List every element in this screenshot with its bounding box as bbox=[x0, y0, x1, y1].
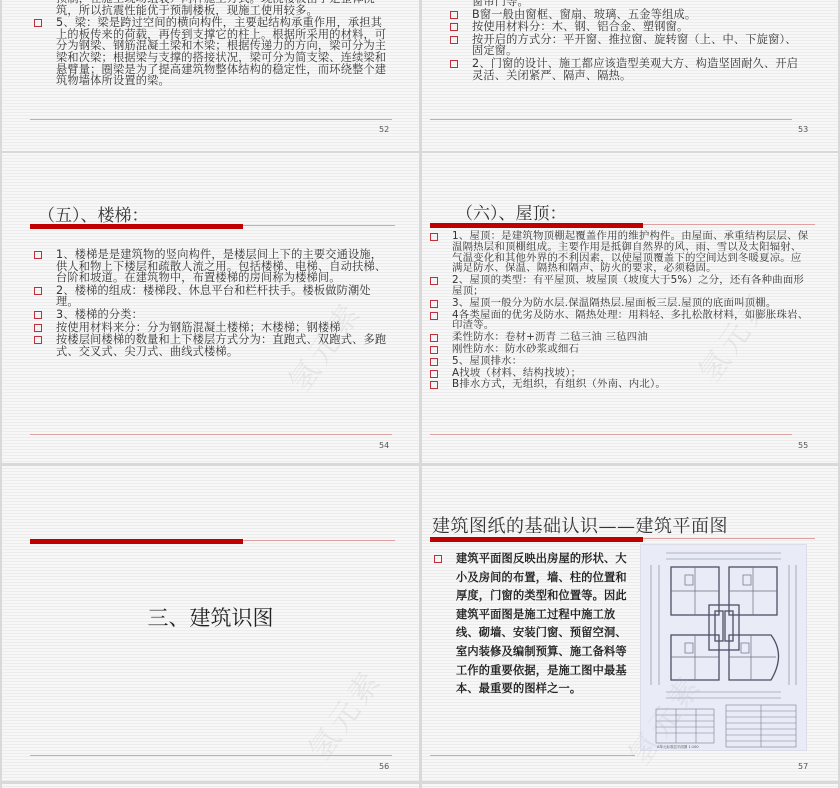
bullet-square-icon bbox=[450, 36, 458, 44]
title-rule bbox=[643, 538, 815, 539]
footer-divider bbox=[30, 119, 392, 120]
bullet-item: 按使用材料分：木、钢、铝合金、塑钢窗。 bbox=[450, 21, 802, 33]
bullet-square-icon bbox=[430, 381, 438, 389]
slide-57[interactable]: 建筑图纸的基础认识——建筑平面图 建筑平面图反映出房屋的形状、大小及房间的布置，… bbox=[422, 466, 838, 781]
title-accent-bar bbox=[30, 539, 243, 544]
page-number: 54 bbox=[379, 441, 389, 450]
bullet-text: B窗一般由窗框、窗扇、玻璃、五金等组成。 bbox=[472, 8, 696, 21]
bullet-item: 5、梁：梁是跨过空间的横向构件，主要起结构承重作用，承担其上的板传来的荷载，再传… bbox=[34, 17, 390, 87]
bullet-square-icon bbox=[34, 251, 42, 259]
slide-56[interactable]: 三、建筑识图 氢元素 56 bbox=[2, 466, 419, 781]
bullet-item: 5、屋顶排水： bbox=[430, 356, 810, 367]
footer-divider bbox=[430, 119, 792, 120]
bullet-text: 2、楼梯的组成：楼梯段、休息平台和栏杆扶手。楼板做防潮处理。 bbox=[56, 284, 371, 309]
bullet-item: B排水方式，无组织，有组织（外南、内北）。 bbox=[430, 379, 810, 390]
bullet-item: 3、屋顶一般分为防水层.保温隔热层.屋面板三层.屋顶的底面叫顶棚。 bbox=[430, 298, 810, 309]
bullet-item: 按楼层间楼梯的数量和上下楼层方式分为：直跑式、双跑式、多跑式、交叉式、尖刀式、曲… bbox=[34, 334, 390, 357]
title-rule bbox=[243, 225, 395, 226]
bullet-text: 按使用材料分：木、钢、铝合金、塑钢窗。 bbox=[472, 20, 688, 33]
footer-divider bbox=[30, 755, 392, 756]
slide-58-partial[interactable] bbox=[2, 784, 419, 788]
bullet-square-icon bbox=[430, 300, 438, 308]
bullet-square-icon bbox=[34, 324, 42, 332]
bullet-square-icon bbox=[34, 19, 42, 27]
page-number: 57 bbox=[798, 762, 808, 771]
footer-divider bbox=[30, 434, 392, 435]
bullet-square-icon bbox=[34, 287, 42, 295]
bullet-text: 柔性防水：卷材+沥青 二毡三油 三毡四油 bbox=[452, 331, 648, 343]
bullet-square-icon bbox=[430, 358, 438, 366]
slide-52[interactable]: 预制，在施工现场组装）两种施工方式。现浇楼板由于是整体浇筑，所以抗震性能优于预制… bbox=[2, 0, 419, 151]
bullet-item: 3、楼梯的分类： bbox=[34, 309, 390, 321]
bullet-text: 2、门窗的设计、施工都应该造型美观大方、构造坚固耐久、开启灵活、关闭紧严、隔声、… bbox=[472, 57, 798, 82]
bullet-square-icon bbox=[430, 277, 438, 285]
title-rule bbox=[243, 540, 395, 541]
bullet-item: A找坡（材料、结构找坡）； bbox=[430, 368, 810, 379]
bullet-text: 5、屋顶排水： bbox=[452, 355, 522, 367]
slide-title: （五）、楼梯： bbox=[38, 201, 149, 226]
page-number: 55 bbox=[798, 441, 808, 450]
bullet-square-icon bbox=[434, 555, 442, 563]
bullet-text: 刚性防水：防水砂浆或细石 bbox=[452, 343, 579, 355]
slide-53[interactable]: 窗帘门等。 B窗一般由窗框、窗扇、玻璃、五金等组成。 按使用材料分：木、钢、铝合… bbox=[422, 0, 838, 151]
bullet-item: 4各类屋面的优劣及防水、隔热处理：用料轻、多扎松散材料，如膨胀珠岩、印渣等。 bbox=[430, 310, 810, 332]
title-rule bbox=[643, 224, 815, 225]
bullet-text: 按开启的方式分：平开窗、推拉窗、旋转窗（上、中、下旋窗）、固定窗。 bbox=[472, 33, 797, 58]
floor-plan-image: A单元标准层平面图 1:100 bbox=[640, 544, 807, 751]
slide-54[interactable]: （五）、楼梯： 1、楼梯是是建筑物的竖向构件，是楼层间上下的主要交通设施，供人和… bbox=[2, 153, 419, 463]
bullet-square-icon bbox=[430, 334, 438, 342]
title-accent-bar bbox=[30, 224, 243, 229]
slide-title: 建筑图纸的基础认识——建筑平面图 bbox=[432, 512, 728, 538]
bullet-text: 3、屋顶一般分为防水层.保温隔热层.屋面板三层.屋顶的底面叫顶棚。 bbox=[452, 297, 776, 309]
bullet-text: 预制，在施工现场组装）两种施工方式。现浇楼板由于是整体浇筑，所以抗震性能优于预制… bbox=[56, 0, 375, 17]
bullet-square-icon bbox=[430, 370, 438, 378]
bullet-list: 窗帘门等。 B窗一般由窗框、窗扇、玻璃、五金等组成。 按使用材料分：木、钢、铝合… bbox=[450, 0, 802, 82]
bullet-text: 按使用材料来分：分为钢筋混凝土楼梯；木楼梯；钢楼梯 bbox=[56, 321, 341, 334]
bullet-text: 2、屋顶的类型：有平屋顶、坡屋顶（坡度大于5%）之分，还有各种曲面形屋顶； bbox=[452, 274, 804, 297]
footer-divider bbox=[430, 434, 792, 435]
bullet-item: 1、楼梯是是建筑物的竖向构件，是楼层间上下的主要交通设施，供人和物上下楼层和疏散… bbox=[34, 249, 390, 284]
footer-divider bbox=[430, 755, 635, 756]
bullet-item: 柔性防水：卷材+沥青 二毡三油 三毡四油 bbox=[430, 332, 810, 343]
bullet-text: 按楼层间楼梯的数量和上下楼层方式分为：直跑式、双跑式、多跑式、交叉式、尖刀式、曲… bbox=[56, 333, 386, 358]
bullet-list: 1、楼梯是是建筑物的竖向构件，是楼层间上下的主要交通设施，供人和物上下楼层和疏散… bbox=[34, 249, 390, 358]
bullet-text: 1、屋顶：是建筑物顶棚起覆盖作用的维护构件。由屋面、承重结构层层、保温隔热层和顶… bbox=[452, 230, 808, 274]
bullet-item: 按开启的方式分：平开窗、推拉窗、旋转窗（上、中、下旋窗）、固定窗。 bbox=[450, 34, 802, 57]
page-number: 56 bbox=[379, 762, 389, 771]
page-number: 53 bbox=[798, 125, 808, 134]
bullet-continuation: 窗帘门等。 bbox=[450, 0, 802, 8]
bullet-square-icon bbox=[450, 11, 458, 19]
floor-plan-drawing: A单元标准层平面图 1:100 bbox=[641, 545, 806, 750]
bullet-text: A找坡（材料、结构找坡）； bbox=[452, 367, 581, 379]
bullet-item: B窗一般由窗框、窗扇、玻璃、五金等组成。 bbox=[450, 9, 802, 21]
bullet-text: 5、梁：梁是跨过空间的横向构件，主要起结构承重作用，承担其上的板传来的荷载，再传… bbox=[56, 16, 386, 87]
bullet-item: 刚性防水：防水砂浆或细石 bbox=[430, 344, 810, 355]
bullet-item: 2、屋顶的类型：有平屋顶、坡屋顶（坡度大于5%）之分，还有各种曲面形屋顶； bbox=[430, 275, 810, 297]
bullet-text: B排水方式，无组织，有组织（外南、内北）。 bbox=[452, 378, 666, 390]
bullet-square-icon bbox=[34, 336, 42, 344]
section-title: 三、建筑识图 bbox=[2, 602, 419, 632]
page-number: 52 bbox=[379, 125, 389, 134]
bullet-item: 2、楼梯的组成：楼梯段、休息平台和栏杆扶手。楼板做防潮处理。 bbox=[34, 285, 390, 308]
bullet-item: 建筑平面图反映出房屋的形状、大小及房间的布置，墙、柱的位置和厚度，门窗的类型和位… bbox=[434, 550, 630, 699]
bullet-item: 1、屋顶：是建筑物顶棚起覆盖作用的维护构件。由屋面、承重结构层层、保温隔热层和顶… bbox=[430, 231, 810, 274]
title-accent-bar bbox=[430, 223, 643, 228]
bullet-square-icon bbox=[34, 311, 42, 319]
bullet-square-icon bbox=[430, 312, 438, 320]
bullet-continuation: 预制，在施工现场组装）两种施工方式。现浇楼板由于是整体浇筑，所以抗震性能优于预制… bbox=[34, 0, 390, 16]
bullet-item: 按使用材料来分：分为钢筋混凝土楼梯；木楼梯；钢楼梯 bbox=[34, 322, 390, 334]
bullet-text: 建筑平面图反映出房屋的形状、大小及房间的布置，墙、柱的位置和厚度，门窗的类型和位… bbox=[456, 552, 627, 695]
floor-plan-caption: A单元标准层平面图 1:100 bbox=[657, 744, 699, 749]
bullet-square-icon bbox=[430, 346, 438, 354]
title-accent-bar bbox=[430, 537, 643, 542]
slide-55[interactable]: （六）、屋顶： 1、屋顶：是建筑物顶棚起覆盖作用的维护构件。由屋面、承重结构层层… bbox=[422, 153, 838, 463]
bullet-item: 2、门窗的设计、施工都应该造型美观大方、构造坚固耐久、开启灵活、关闭紧严、隔声、… bbox=[450, 58, 802, 81]
bullet-square-icon bbox=[450, 23, 458, 31]
bullet-list: 1、屋顶：是建筑物顶棚起覆盖作用的维护构件。由屋面、承重结构层层、保温隔热层和顶… bbox=[430, 231, 810, 391]
bullet-text: 1、楼梯是是建筑物的竖向构件，是楼层间上下的主要交通设施，供人和物上下楼层和疏散… bbox=[56, 248, 386, 284]
bullet-text: 3、楼梯的分类： bbox=[56, 308, 143, 321]
slide-59-partial[interactable] bbox=[422, 784, 838, 788]
slide-title: （六）、屋顶： bbox=[456, 199, 567, 224]
bullet-text: 4各类屋面的优劣及防水、隔热处理：用料轻、多扎松散材料，如膨胀珠岩、印渣等。 bbox=[452, 309, 808, 332]
bullet-list: 预制，在施工现场组装）两种施工方式。现浇楼板由于是整体浇筑，所以抗震性能优于预制… bbox=[34, 0, 390, 88]
bullet-square-icon bbox=[430, 233, 438, 241]
bullet-square-icon bbox=[450, 60, 458, 68]
bullet-list: 建筑平面图反映出房屋的形状、大小及房间的布置，墙、柱的位置和厚度，门窗的类型和位… bbox=[434, 550, 630, 700]
watermark: 氢元素 bbox=[296, 659, 391, 768]
